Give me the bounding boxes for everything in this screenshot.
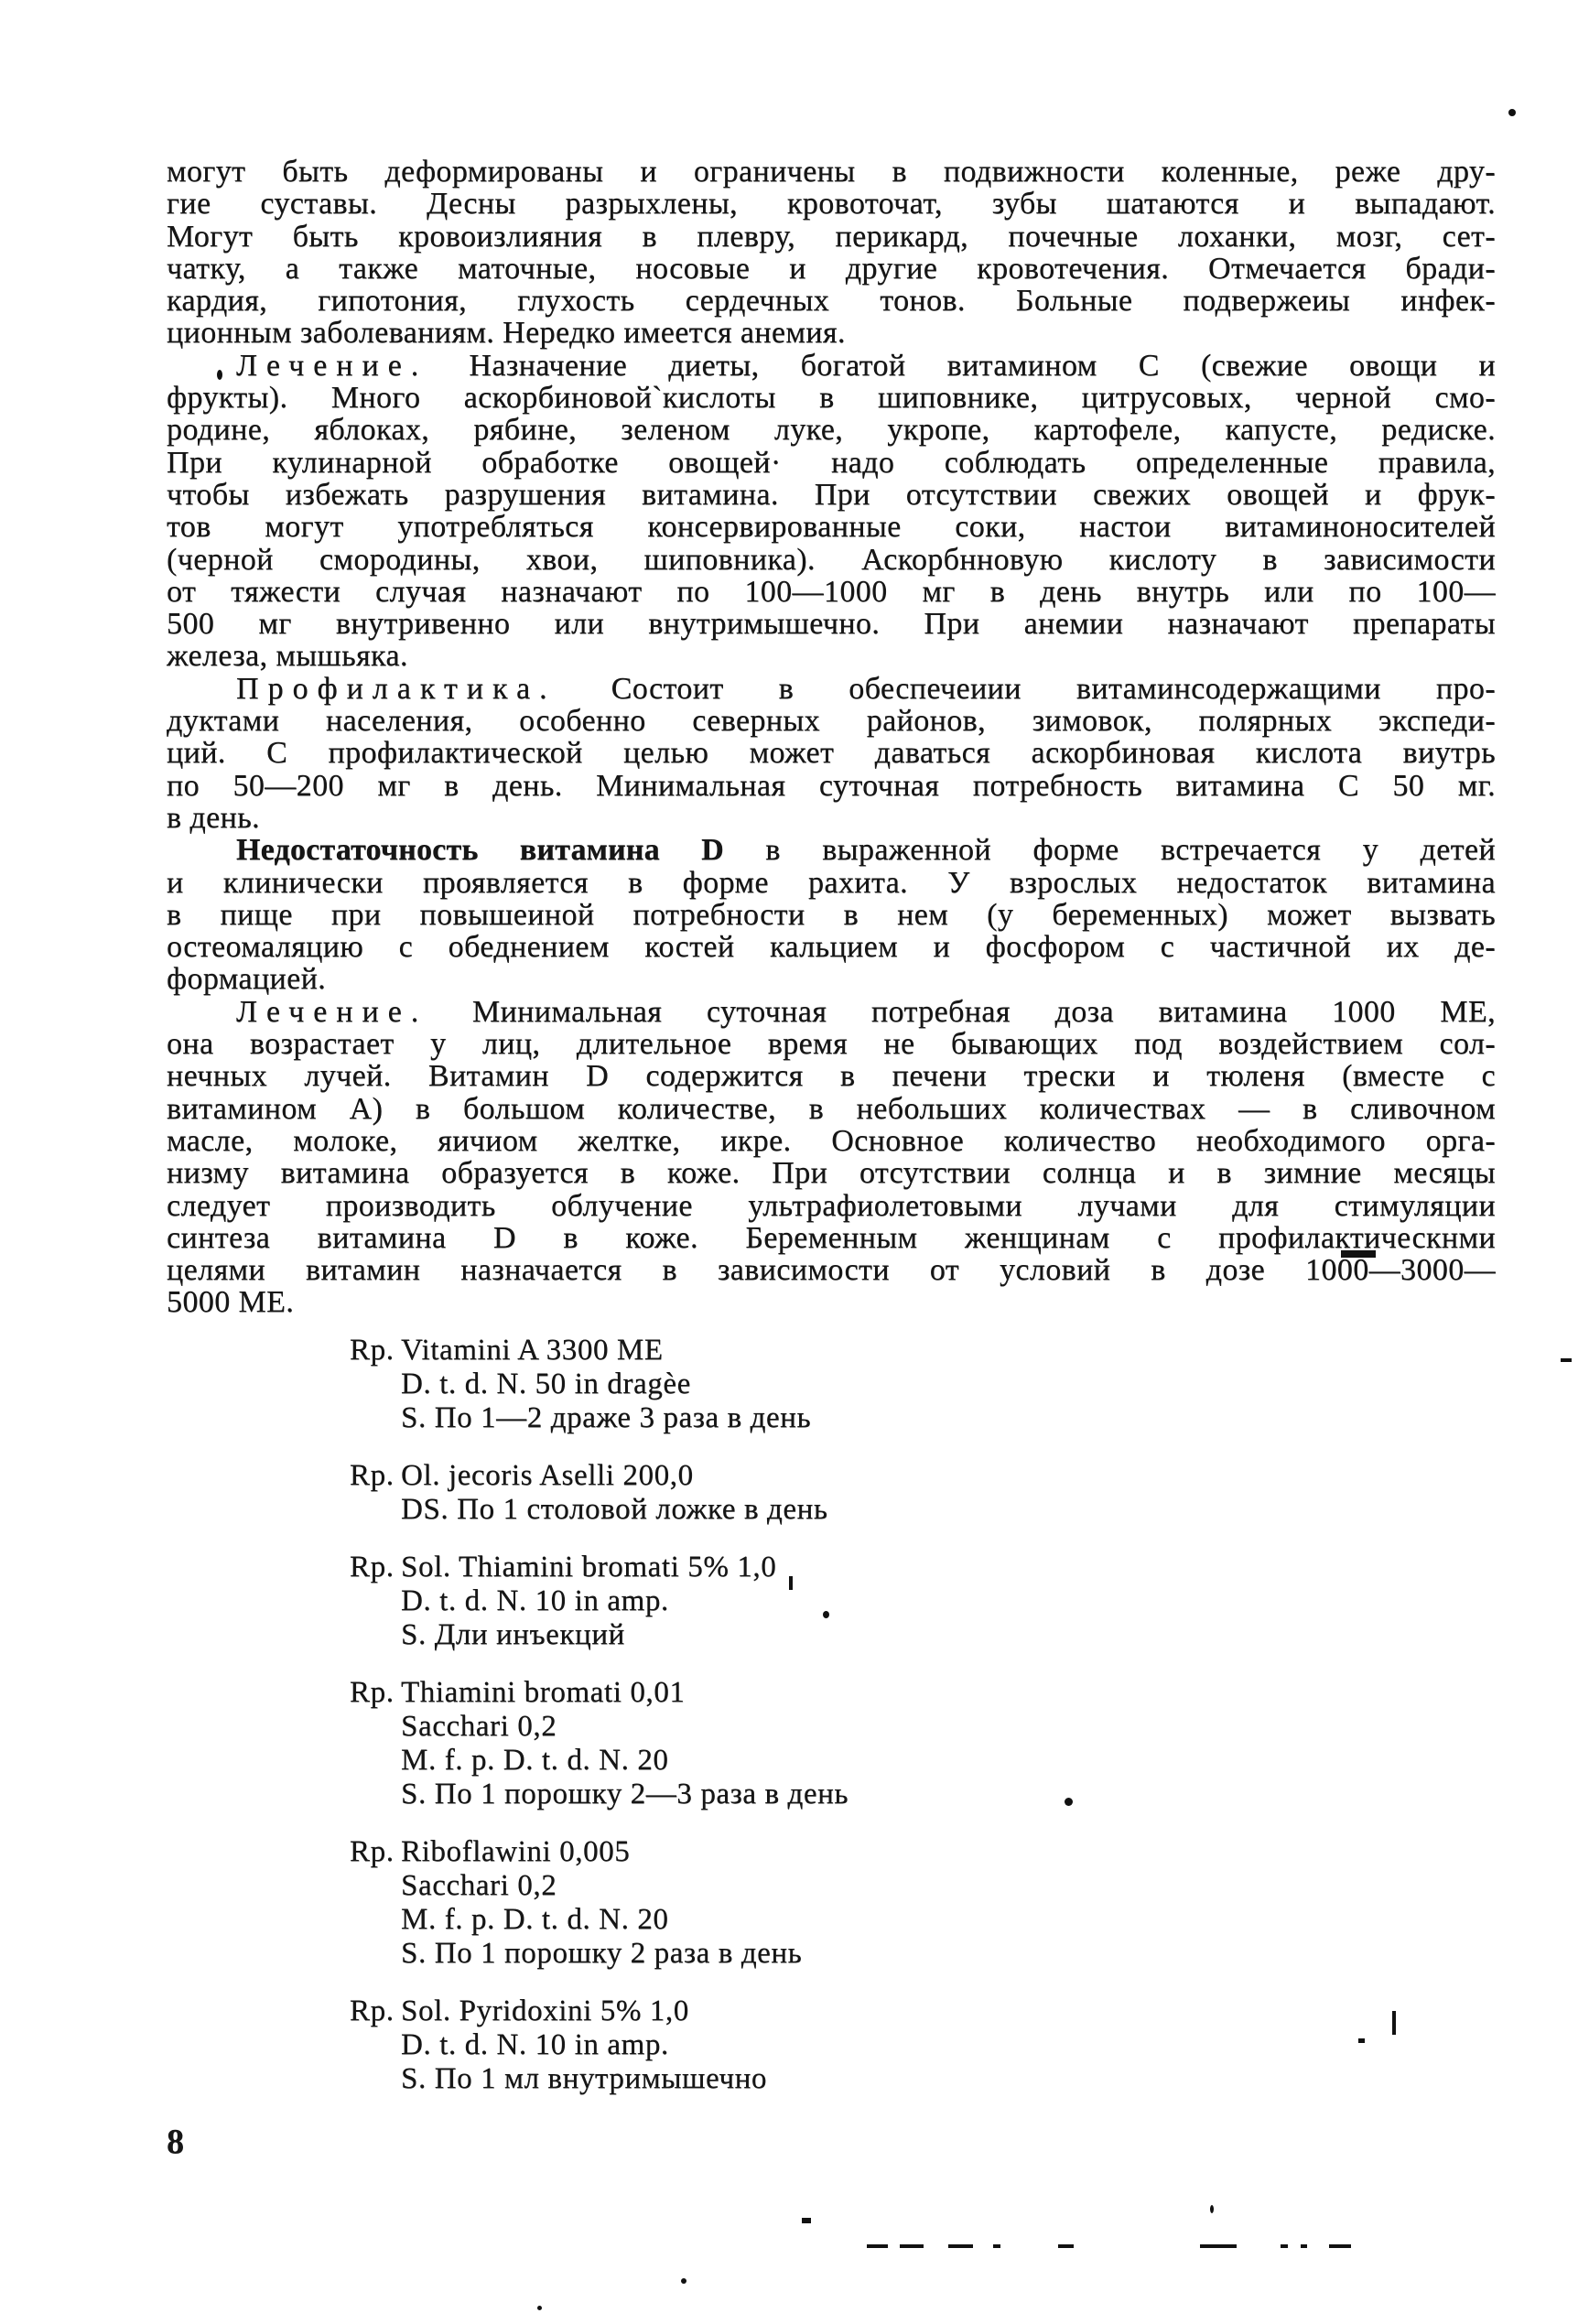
rx-lines: Thiamini bromati 0,01Sacchari 0,2M. f. p… xyxy=(401,1676,1173,1811)
rx-lines: Ol. jecoris Aselli 200,0DS. По 1 столово… xyxy=(401,1459,1173,1527)
text-line: дуктами населения, особенно северных рай… xyxy=(167,705,1496,737)
text-line: фрукты). Много аскорбиновой`кислоты в ши… xyxy=(167,382,1496,414)
rx-lines: Sol. Pyridoxini 5% 1,0D. t. d. N. 10 in … xyxy=(401,1994,1173,2096)
text-line: 5000 МЕ. xyxy=(167,1286,1496,1318)
spaced-heading-inline: Профилактика. xyxy=(236,672,557,706)
scanned-page: могут быть деформированы и ограничены в … xyxy=(0,0,1589,2324)
rx-label: Rp. xyxy=(350,1551,401,1652)
text-line: по 50—200 мг в день. Минимальная суточна… xyxy=(167,770,1496,802)
text-line: могут быть деформированы и ограничены в … xyxy=(167,156,1496,188)
prescription-block: Rp.Vitamini A 3300 MED. t. d. N. 50 in d… xyxy=(350,1334,1173,1435)
rx-line: Sacchari 0,2 xyxy=(401,1710,1173,1744)
scan-speck xyxy=(1358,2038,1365,2043)
scan-speck xyxy=(823,1611,829,1618)
text-line: ционным заболеваниям. Нередко имеется ан… xyxy=(167,317,1496,349)
text-line: кардия, гипотония, глухость сердечных то… xyxy=(167,285,1496,317)
scan-speck xyxy=(802,2218,811,2223)
scan-speck xyxy=(993,2244,1000,2248)
text-line: Лечение. Назначение диеты, богатой витам… xyxy=(167,350,1496,382)
scan-speck xyxy=(1561,1358,1572,1362)
rx-label: Rp. xyxy=(350,1994,401,2096)
scan-speck xyxy=(1392,2011,1396,2035)
rx-line: Sol. Thiamini bromati 5% 1,0 xyxy=(401,1551,1173,1584)
text-line: витамином А) в большом количестве, в неб… xyxy=(167,1093,1496,1125)
text-line: и клинически проявляется в форме рахита.… xyxy=(167,867,1496,899)
prescription-block: Rp.Sol. Pyridoxini 5% 1,0D. t. d. N. 10 … xyxy=(350,1994,1173,2096)
rx-label: Rp. xyxy=(350,1459,401,1527)
rx-line: Sol. Pyridoxini 5% 1,0 xyxy=(401,1994,1173,2028)
rx-lines: Vitamini A 3300 MED. t. d. N. 50 in drag… xyxy=(401,1334,1173,1435)
spaced-heading-inline: Лечение. xyxy=(236,349,427,383)
rx-line: S. Дли инъекций xyxy=(401,1618,1173,1652)
text-line: чтобы избежать разрушения витамина. При … xyxy=(167,479,1496,511)
text-line: остеомаляцию с обеднением костей кальцие… xyxy=(167,931,1496,963)
text-line: Лечение. Минимальная суточная потребная … xyxy=(167,996,1496,1028)
prescription-block: Rp.Sol. Thiamini bromati 5% 1,0D. t. d. … xyxy=(350,1551,1173,1652)
scan-speck xyxy=(1329,2244,1351,2248)
text-line: масле, молоке, яичиом желтке, икре. Осно… xyxy=(167,1125,1496,1157)
body-text: могут быть деформированы и ограничены в … xyxy=(167,156,1496,1319)
rx-line: S. По 1 порошку 2 раза в день xyxy=(401,1937,1173,1971)
text-line: Недостаточность витамина D в выраженной … xyxy=(167,834,1496,866)
rx-line: Ol. jecoris Aselli 200,0 xyxy=(401,1459,1173,1493)
rx-lines: Sol. Thiamini bromati 5% 1,0D. t. d. N. … xyxy=(401,1551,1173,1652)
rx-line: D. t. d. N. 10 in amp. xyxy=(401,1584,1173,1618)
scan-speck xyxy=(537,2306,542,2310)
rx-line: D. t. d. N. 50 in dragèe xyxy=(401,1367,1173,1401)
rx-line: DS. По 1 столовой ложке в день xyxy=(401,1493,1173,1527)
text-line: следует производить облучение ультрафиол… xyxy=(167,1190,1496,1222)
rx-line: S. По 1 мл внутримышечно xyxy=(401,2062,1173,2096)
text-line: в день. xyxy=(167,802,1496,834)
rx-line: D. t. d. N. 10 in amp. xyxy=(401,2028,1173,2062)
rx-line: Sacchari 0,2 xyxy=(401,1869,1173,1903)
text-line: чатку, а также маточные, носовые и други… xyxy=(167,253,1496,285)
scan-speck xyxy=(681,2278,686,2284)
scan-speck xyxy=(1341,1250,1376,1258)
rx-label: Rp. xyxy=(350,1676,401,1811)
scan-speck xyxy=(948,2244,973,2248)
bold-heading-inline: Недостаточность витамина D xyxy=(236,833,724,867)
prescriptions: Rp.Vitamini A 3300 MED. t. d. N. 50 in d… xyxy=(350,1334,1173,2120)
rx-lines: Riboflawini 0,005Sacchari 0,2M. f. p. D.… xyxy=(401,1835,1173,1971)
scan-speck xyxy=(1301,2244,1307,2248)
prescription-block: Rp.Riboflawini 0,005Sacchari 0,2M. f. p.… xyxy=(350,1835,1173,1971)
rx-line: Thiamini bromati 0,01 xyxy=(401,1676,1173,1710)
text-line: синтеза витамина D в коже. Беременным же… xyxy=(167,1222,1496,1254)
page-number: 8 xyxy=(167,2122,184,2162)
text-line: тов могут употребляться консервированные… xyxy=(167,511,1496,543)
text-line: в пище при повышеиной потребности в нем … xyxy=(167,899,1496,931)
rx-line: S. По 1—2 драже 3 раза в день xyxy=(401,1401,1173,1435)
text-line: железа, мышьяка. xyxy=(167,640,1496,672)
rx-label: Rp. xyxy=(350,1334,401,1435)
text-line: от тяжести случая назначают по 100—1000 … xyxy=(167,576,1496,608)
text-line: целями витамин назначается в зависимости… xyxy=(167,1254,1496,1286)
prescription-block: Rp.Thiamini bromati 0,01Sacchari 0,2M. f… xyxy=(350,1676,1173,1811)
text-line: низму витамина образуется в коже. При от… xyxy=(167,1157,1496,1189)
scan-speck xyxy=(867,2244,888,2248)
scan-speck xyxy=(789,1576,793,1590)
scan-speck xyxy=(1210,2205,1214,2213)
rx-label: Rp. xyxy=(350,1835,401,1971)
text-line: формацией. xyxy=(167,963,1496,995)
rx-line: Riboflawini 0,005 xyxy=(401,1835,1173,1869)
rx-line: M. f. p. D. t. d. N. 20 xyxy=(401,1903,1173,1937)
text-line: (черной смородины, хвои, шиповника). Аск… xyxy=(167,544,1496,576)
text-line: гие суставы. Десны разрыхлены, кровоточа… xyxy=(167,188,1496,220)
scan-speck xyxy=(1065,1798,1073,1806)
scan-speck xyxy=(900,2244,924,2248)
text-line: Могут быть кровоизлияния в плевру, перик… xyxy=(167,221,1496,253)
text-line: При кулинарной обработке овощей· надо со… xyxy=(167,447,1496,479)
rx-line: M. f. p. D. t. d. N. 20 xyxy=(401,1744,1173,1778)
rx-line: S. По 1 порошку 2—3 раза в день xyxy=(401,1778,1173,1811)
scan-speck xyxy=(1200,2244,1237,2248)
rx-line: Vitamini A 3300 ME xyxy=(401,1334,1173,1367)
text-line: нечных лучей. Витамин D содержится в печ… xyxy=(167,1060,1496,1092)
scan-speck xyxy=(1058,2244,1074,2248)
text-line: родине, яблоках, рябине, зеленом луке, у… xyxy=(167,414,1496,446)
text-line: она возрастает у лиц, длительное время н… xyxy=(167,1028,1496,1060)
scan-speck xyxy=(1281,2244,1288,2248)
text-line: ций. С профилактической целью может дава… xyxy=(167,737,1496,769)
spaced-heading-inline: Лечение. xyxy=(236,995,427,1029)
text-line: 500 мг внутривенно или внутримышечно. Пр… xyxy=(167,608,1496,640)
text-line: Профилактика. Состоит в обеспечеиии вита… xyxy=(167,673,1496,705)
prescription-block: Rp.Ol. jecoris Aselli 200,0DS. По 1 стол… xyxy=(350,1459,1173,1527)
scan-speck xyxy=(1508,109,1516,116)
scan-speck xyxy=(217,370,222,380)
